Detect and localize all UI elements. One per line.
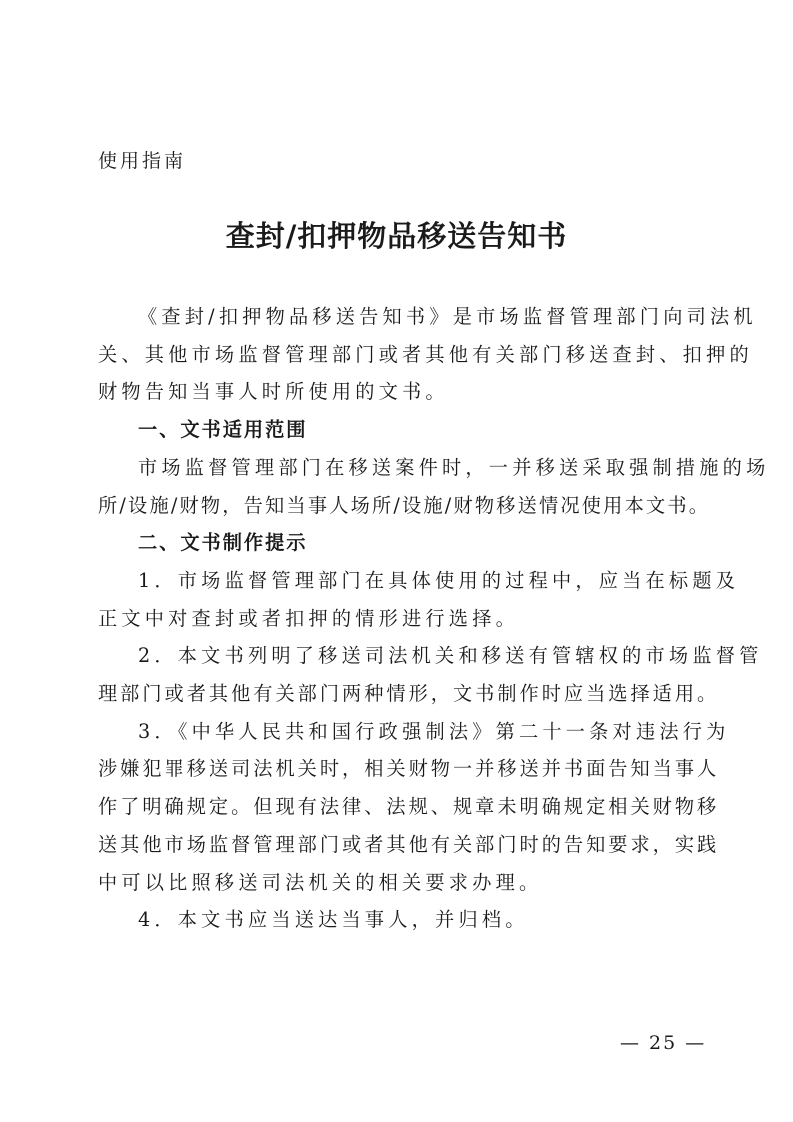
document-title: 查封/扣押物品移送告知书	[0, 214, 793, 255]
text-line: 所/设施/财物，告知当事人场所/设施/财物移送情况使用本文书。	[98, 487, 698, 525]
text-line: 1．市场监督管理部门在具体使用的过程中，应当在标题及	[98, 562, 698, 600]
text-line: 市场监督管理部门在移送案件时，一并移送采取强制措施的场	[98, 449, 698, 487]
text-line: 理部门或者其他有关部门两种情形，文书制作时应当选择适用。	[98, 675, 698, 713]
text-line: 涉嫌犯罪移送司法机关时，相关财物一并移送并书面告知当事人	[98, 750, 698, 788]
text-line: 财物告知当事人时所使用的文书。	[98, 373, 698, 411]
text-line: 2．本文书列明了移送司法机关和移送有管辖权的市场监督管	[98, 637, 698, 675]
page-number: — 25 —	[620, 1032, 706, 1054]
text-line: 3．《中华人民共和国行政强制法》第二十一条对违法行为	[98, 713, 698, 751]
text-line: 作了明确规定。但现有法律、法规、规章未明确规定相关财物移	[98, 788, 698, 826]
text-line: 正文中对查封或者扣押的情形进行选择。	[98, 600, 698, 638]
text-line: 4．本文书应当送达当事人，并归档。	[98, 901, 698, 939]
text-line: 送其他市场监督管理部门或者其他有关部门时的告知要求，实践	[98, 826, 698, 864]
section-label: 使用指南	[98, 146, 186, 173]
document-body: 《查封/扣押物品移送告知书》是市场监督管理部门向司法机 关、其他市场监督管理部门…	[98, 298, 698, 939]
text-line: 中可以比照移送司法机关的相关要求办理。	[98, 864, 698, 902]
section-heading: 二、文书制作提示	[98, 524, 698, 562]
section-heading: 一、文书适用范围	[98, 411, 698, 449]
body-text: 《查封/扣押物品移送告知书》是市场监督管理部门向司法机 关、其他市场监督管理部门…	[98, 298, 698, 939]
text-line: 《查封/扣押物品移送告知书》是市场监督管理部门向司法机	[98, 298, 698, 336]
text-line: 关、其他市场监督管理部门或者其他有关部门移送查封、扣押的	[98, 336, 698, 374]
